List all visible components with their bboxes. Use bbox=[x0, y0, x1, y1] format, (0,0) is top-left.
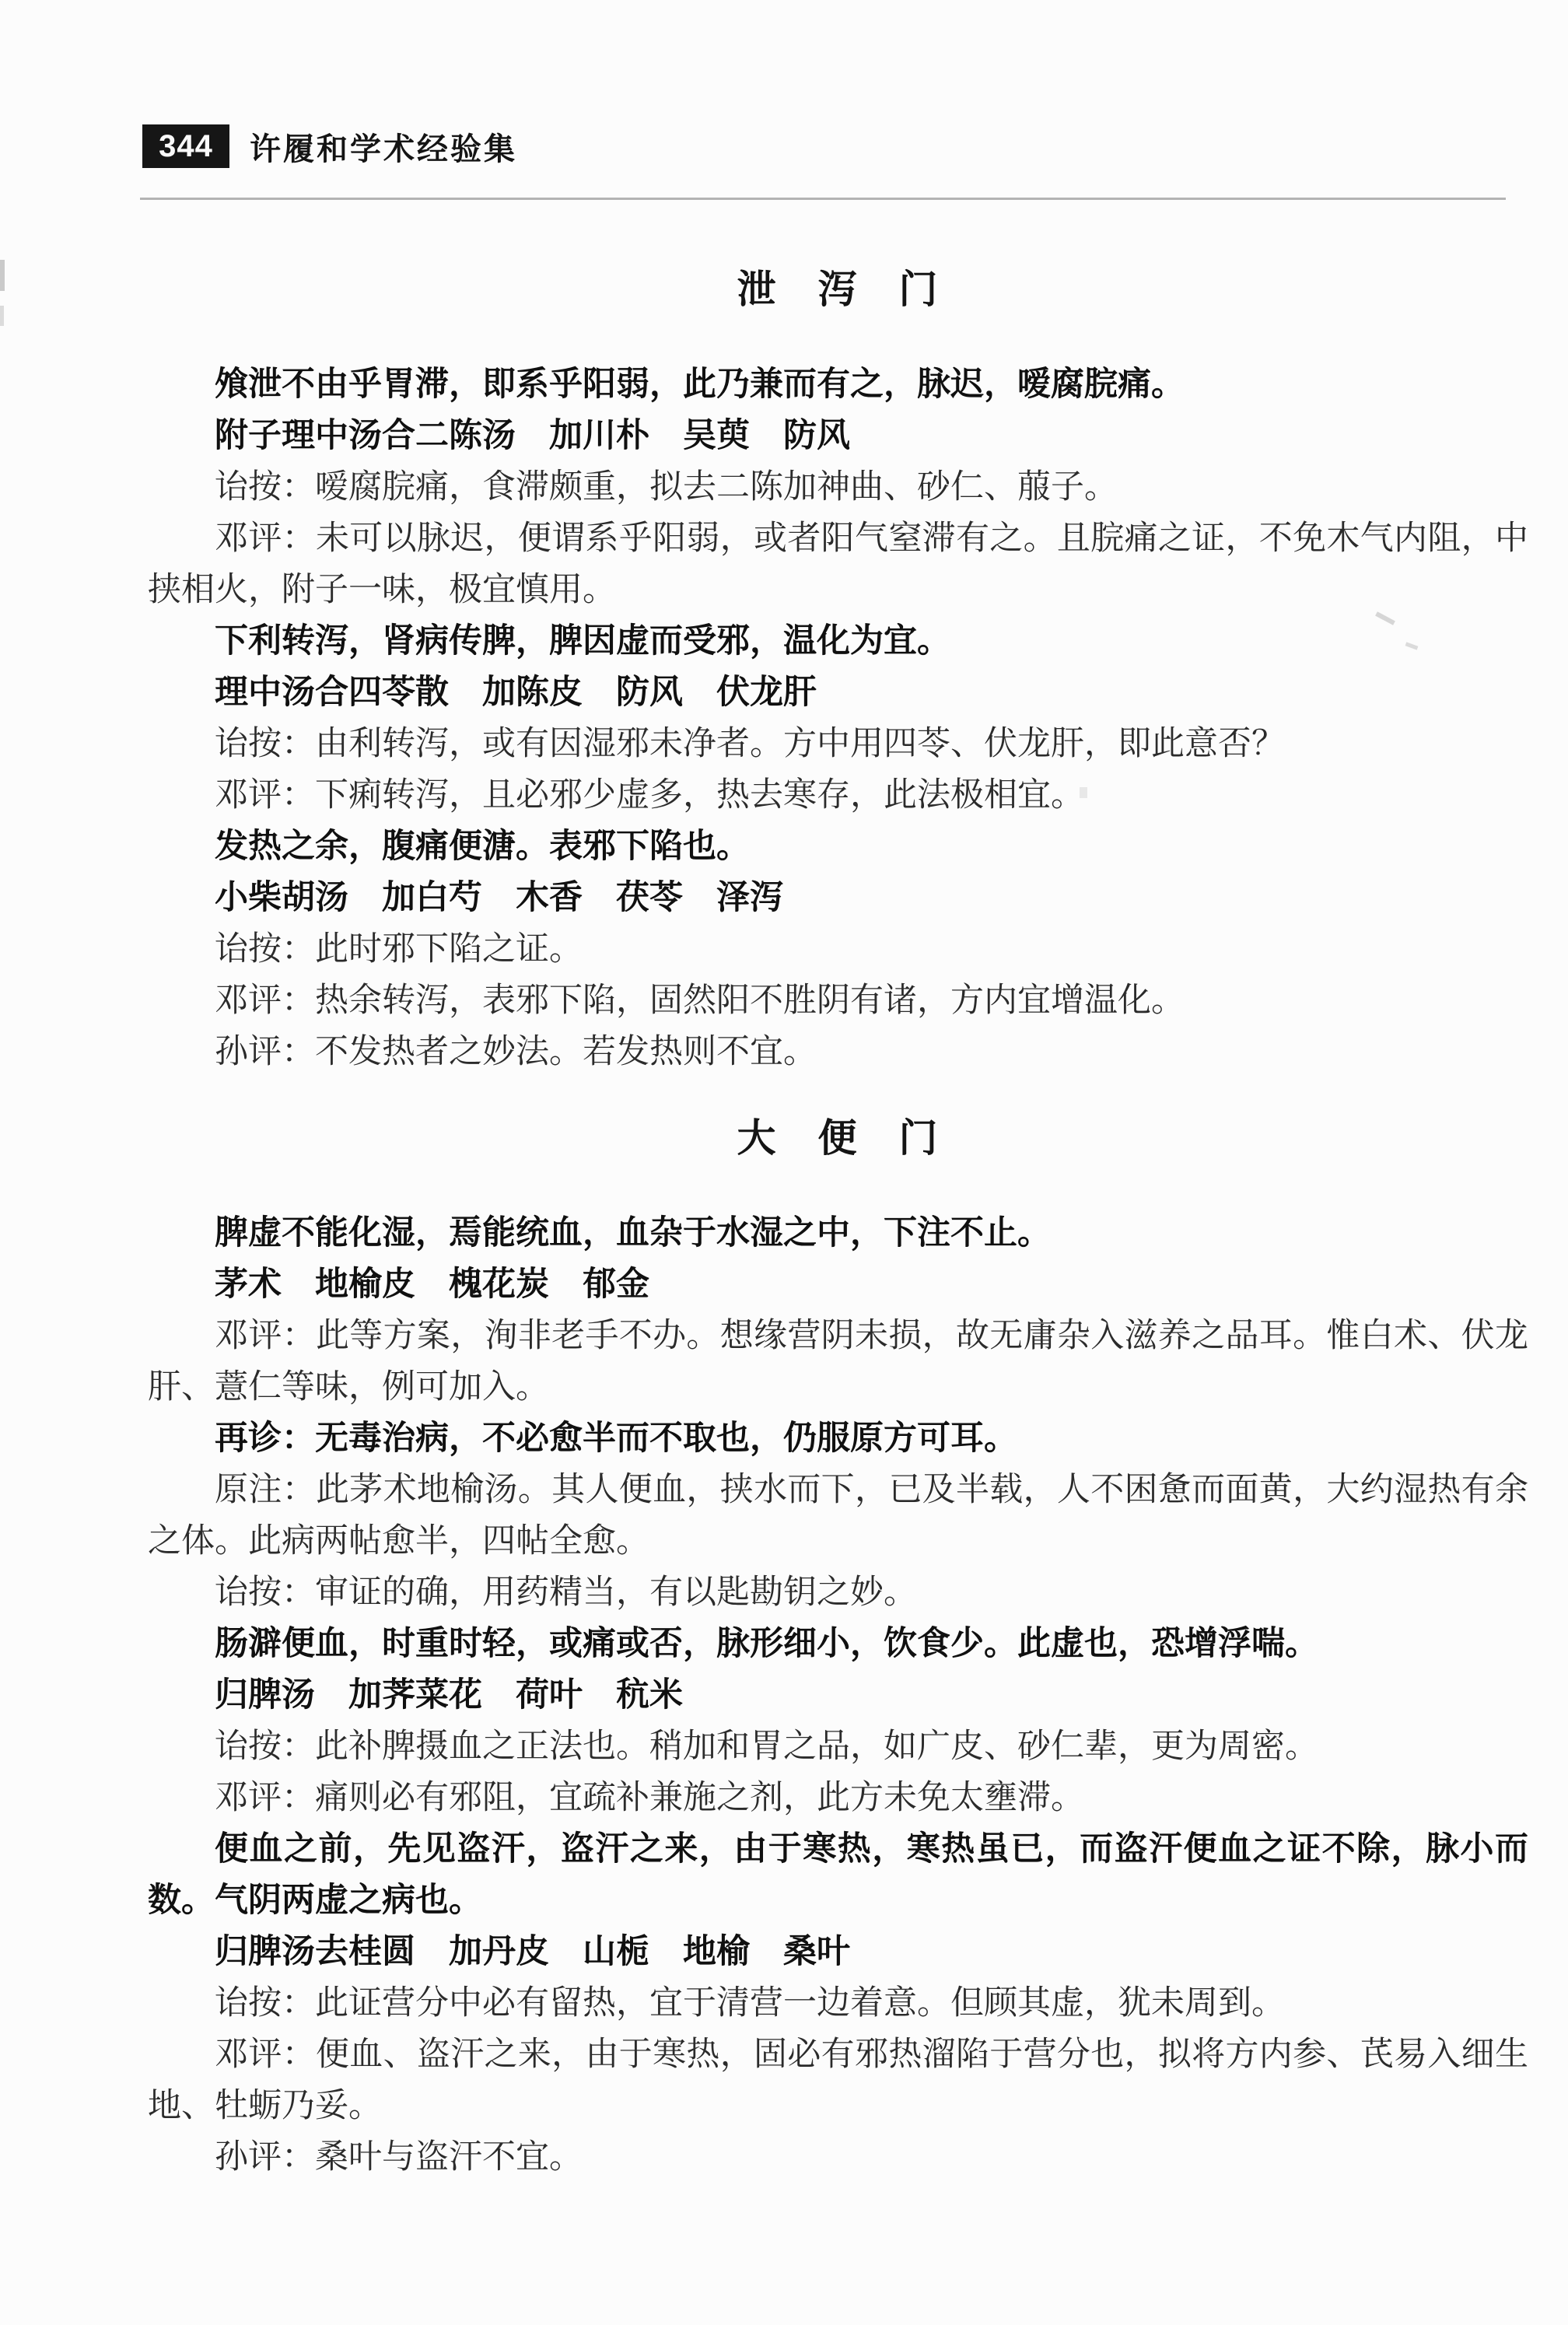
book-title: 许履和学术经验集 bbox=[250, 124, 517, 169]
comment-yian: 诒按：此时邪下陷之证。 bbox=[148, 924, 1528, 975]
case-text: 飧泄不由乎胃滞，即系乎阳弱，此乃兼而有之，脉迟，嗳腐脘痛。 bbox=[148, 359, 1528, 411]
book-page: 344 许履和学术经验集 泄 泻 门 飧泄不由乎胃滞，即系乎阳弱，此乃兼而有之，… bbox=[0, 0, 1568, 2325]
section-body-da-bian-men: 脾虚不能化湿，焉能统血，血杂于水湿之中，下注不止。 茅术 地榆皮 槐花炭 郁金 … bbox=[148, 1208, 1528, 2183]
comment-deng: 邓评：便血、盗汗之来，由于寒热，固必有邪热溜陷于营分也，拟将方内参、芪易入细生地… bbox=[148, 2029, 1528, 2132]
prescription-line: 茅术 地榆皮 槐花炭 郁金 bbox=[148, 1259, 1528, 1311]
comment-yian: 诒按：由利转泻，或有因湿邪未净者。方中用四苓、伏龙肝，即此意否？ bbox=[148, 719, 1528, 770]
section-title-da-bian-men: 大 便 门 bbox=[148, 1111, 1528, 1165]
section-body-xie-xie-men: 飧泄不由乎胃滞，即系乎阳弱，此乃兼而有之，脉迟，嗳腐脘痛。 附子理中汤合二陈汤 … bbox=[148, 359, 1528, 1078]
comment-deng: 邓评：热余转泻，表邪下陷，固然阳不胜阴有诸，方内宜增温化。 bbox=[148, 975, 1528, 1027]
case-text: 肠澼便血，时重时轻，或痛或否，脉形细小，饮食少。此虚也，恐增浮喘。 bbox=[148, 1619, 1528, 1670]
scan-artifact bbox=[0, 260, 5, 291]
comment-yian: 诒按：审证的确，用药精当，有以匙勘钥之妙。 bbox=[148, 1567, 1528, 1619]
comment-deng: 邓评：痛则必有邪阻，宜疏补兼施之剂，此方未免太壅滞。 bbox=[148, 1773, 1528, 1824]
comment-yian: 诒按：此证营分中必有留热，宜于清营一边着意。但顾其虚，犹未周到。 bbox=[148, 1978, 1528, 2029]
header-rule bbox=[140, 198, 1506, 200]
section-title-xie-xie-men: 泄 泻 门 bbox=[148, 262, 1528, 317]
prescription-line: 归脾汤 加荠菜花 荷叶 秔米 bbox=[148, 1670, 1528, 1721]
page-number-badge: 344 bbox=[142, 124, 229, 168]
page-header: 344 许履和学术经验集 bbox=[142, 124, 1568, 168]
case-second-visit: 再诊：无毒治病，不必愈半而不取也，仍服原方可耳。 bbox=[148, 1413, 1528, 1465]
case-text: 便血之前，先见盗汗，盗汗之来，由于寒热，寒热虽已，而盗汗便血之证不除，脉小而数。… bbox=[148, 1824, 1528, 1927]
comment-deng: 邓评：此等方案，洵非老手不办。想缘营阴未损，故无庸杂入滋养之品耳。惟白术、伏龙肝… bbox=[148, 1311, 1528, 1413]
prescription-line: 归脾汤去桂圆 加丹皮 山栀 地榆 桑叶 bbox=[148, 1927, 1528, 1978]
comment-deng: 邓评：未可以脉迟，便谓系乎阳弱，或者阳气窒滞有之。且脘痛之证，不免木气内阻，中挟… bbox=[148, 513, 1528, 616]
scan-artifact bbox=[0, 306, 4, 326]
scan-artifact bbox=[1080, 787, 1087, 798]
prescription-line: 小柴胡汤 加白芍 木香 茯苓 泽泻 bbox=[148, 873, 1528, 924]
case-text: 下利转泻，肾病传脾，脾因虚而受邪，温化为宜。 bbox=[148, 616, 1528, 667]
page-content: 泄 泻 门 飧泄不由乎胃滞，即系乎阳弱，此乃兼而有之，脉迟，嗳腐脘痛。 附子理中… bbox=[148, 262, 1528, 2183]
comment-deng: 邓评：下痢转泻，且必邪少虚多，热去寒存，此法极相宜。 bbox=[148, 770, 1528, 821]
comment-sun: 孙评：桑叶与盗汗不宜。 bbox=[148, 2132, 1528, 2183]
comment-sun: 孙评：不发热者之妙法。若发热则不宜。 bbox=[148, 1027, 1528, 1078]
prescription-line: 附子理中汤合二陈汤 加川朴 吴萸 防风 bbox=[148, 411, 1528, 462]
comment-original: 原注：此茅术地榆汤。其人便血，挟水而下，已及半载，人不困惫而面黄，大约湿热有余之… bbox=[148, 1465, 1528, 1567]
comment-yian: 诒按：此补脾摄血之正法也。稍加和胃之品，如广皮、砂仁辈，更为周密。 bbox=[148, 1721, 1528, 1773]
comment-yian: 诒按：嗳腐脘痛，食滞颇重，拟去二陈加神曲、砂仁、菔子。 bbox=[148, 462, 1528, 513]
prescription-line: 理中汤合四苓散 加陈皮 防风 伏龙肝 bbox=[148, 667, 1528, 719]
case-text: 脾虚不能化湿，焉能统血，血杂于水湿之中，下注不止。 bbox=[148, 1208, 1528, 1259]
case-text: 发热之余，腹痛便溏。表邪下陷也。 bbox=[148, 821, 1528, 873]
